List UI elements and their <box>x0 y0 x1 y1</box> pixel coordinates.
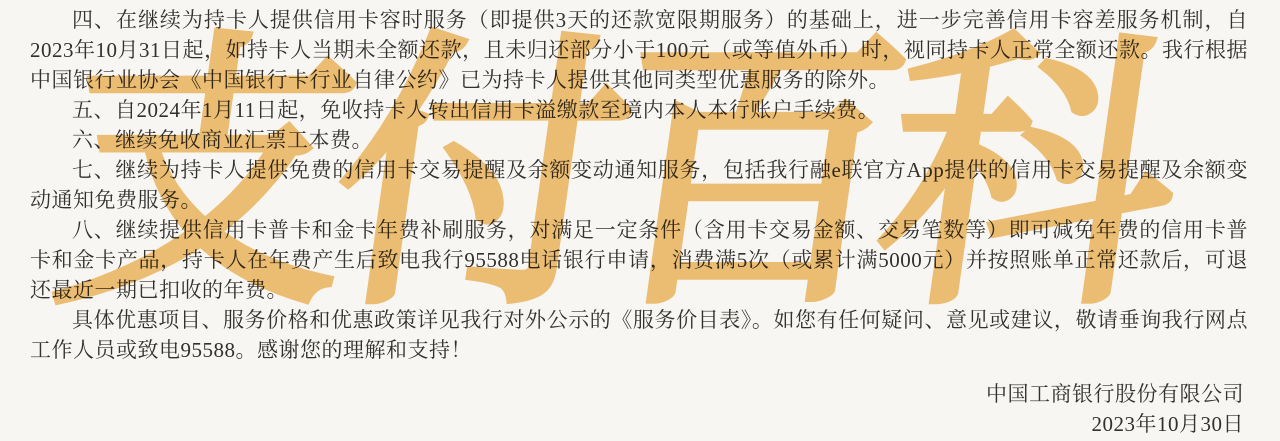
announcement-paragraph-6: 六、继续免收商业汇票工本费。 <box>30 125 1248 155</box>
announcement-paragraph-4: 四、在继续为持卡人提供信用卡容时服务（即提供3天的还款宽限期服务）的基础上，进一… <box>30 5 1248 95</box>
announcement-paragraph-5: 五、自2024年1月11日起，免收持卡人转出信用卡溢缴款至境内本人本行账户手续费… <box>30 95 1248 125</box>
announcement-paragraph-8: 八、继续提供信用卡普卡和金卡年费补刷服务，对满足一定条件（含用卡交易金额、交易笔… <box>30 215 1248 305</box>
announcement-page: 四、在继续为持卡人提供信用卡容时服务（即提供3天的还款宽限期服务）的基础上，进一… <box>0 0 1280 441</box>
announcement-body: 四、在继续为持卡人提供信用卡容时服务（即提供3天的还款宽限期服务）的基础上，进一… <box>0 0 1280 439</box>
announcement-paragraph-7: 七、继续为持卡人提供免费的信用卡交易提醒及余额变动通知服务，包括我行融e联官方A… <box>30 155 1248 215</box>
signature-company: 中国工商银行股份有限公司 <box>30 379 1244 409</box>
signature-date: 2023年10月30日 <box>30 409 1244 439</box>
signature-block: 中国工商银行股份有限公司 2023年10月30日 <box>30 379 1248 439</box>
announcement-closing-paragraph: 具体优惠项目、服务价格和优惠政策详见我行对外公示的《服务价目表》。如您有任何疑问… <box>30 305 1248 365</box>
